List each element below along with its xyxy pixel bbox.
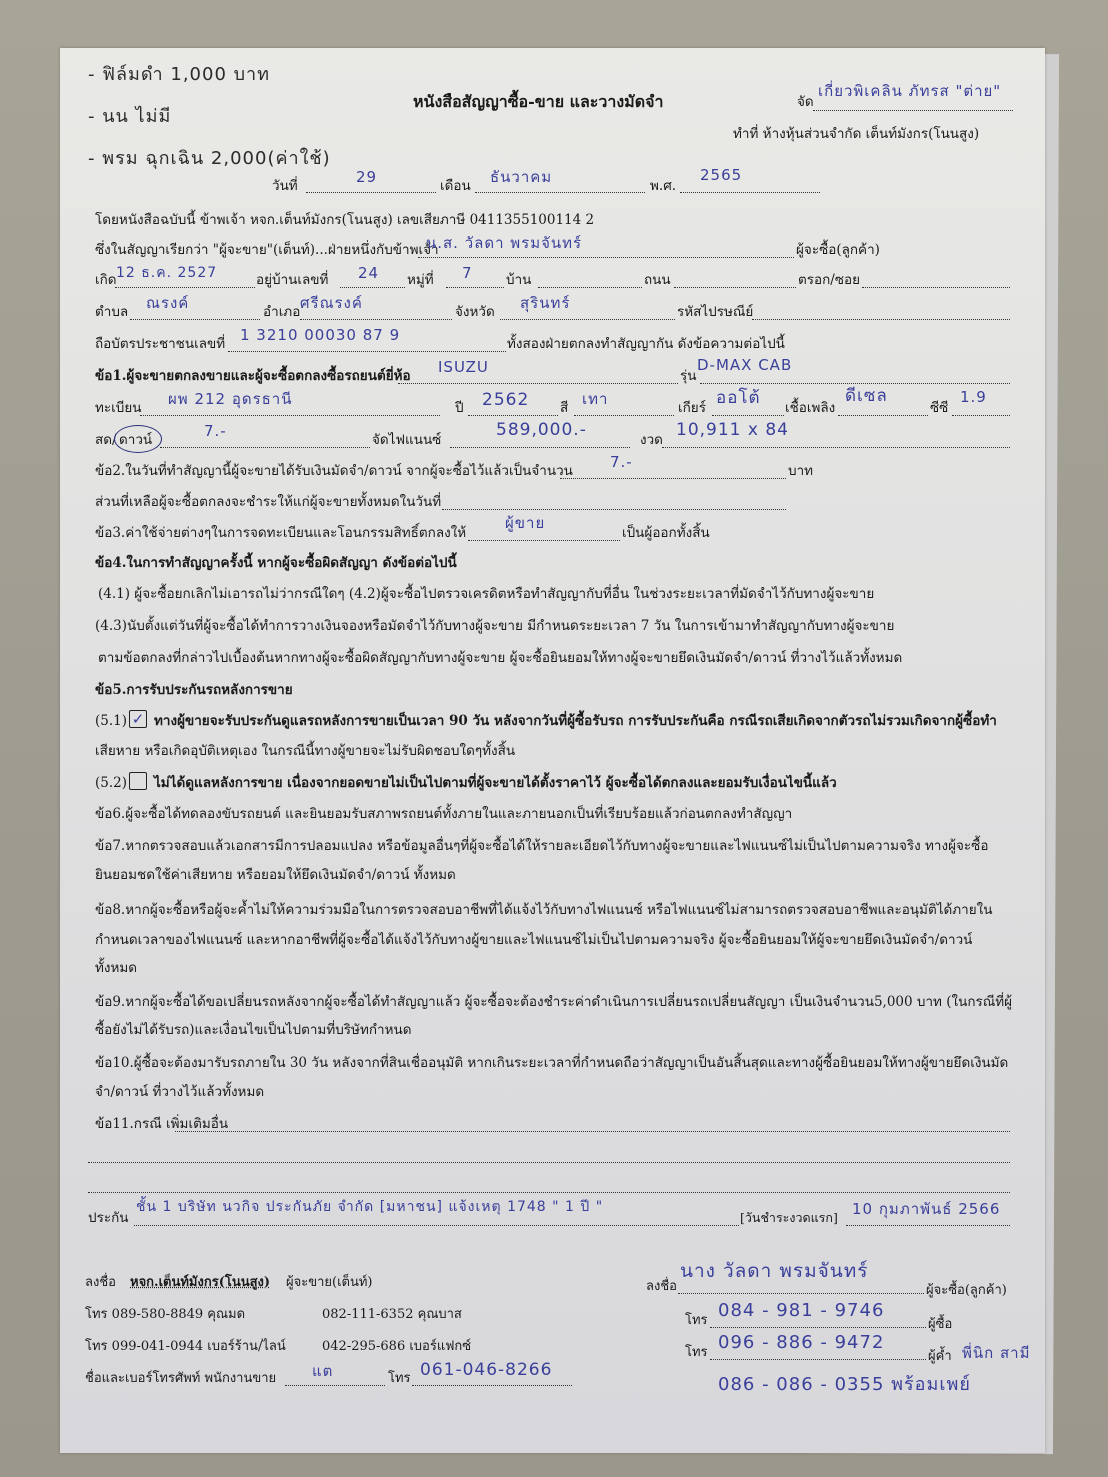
- postcode-label: รหัสไปรษณีย์: [677, 306, 753, 320]
- fuel-line: [838, 415, 928, 416]
- arranged-line: [813, 110, 1013, 111]
- clause3-text: ข้อ3.ค่าใช้จ่ายต่างๆในการจดทะเบียนและโอน…: [95, 527, 466, 541]
- id-label: ถือบัตรประชาชนเลขที่: [95, 338, 225, 352]
- clause2-value: 7.-: [610, 455, 633, 470]
- guarantor-phone: 096 - 886 - 9472: [718, 1334, 884, 1352]
- clause11-line-3: [88, 1192, 1010, 1193]
- extra-phone: 086 - 086 - 0355 พร้อมเพย์: [718, 1376, 971, 1394]
- down-line: [160, 447, 370, 448]
- clause5-1-label: (5.1): [95, 715, 127, 729]
- day-value: 29: [356, 170, 377, 185]
- month-line: [475, 192, 645, 193]
- guarantor-phone-line: [710, 1359, 926, 1360]
- vehicle-year-value: 2562: [482, 392, 529, 409]
- insurance-line: [134, 1225, 739, 1226]
- guarantor-phone-label: โทร: [685, 1346, 708, 1359]
- clause5-2-label: (5.2): [95, 777, 127, 791]
- province-value: สุรินทร์: [520, 296, 570, 311]
- subdistrict-value: ณรงค์: [146, 296, 189, 311]
- salesperson-name: แต: [312, 1364, 333, 1379]
- finance-line: [450, 447, 630, 448]
- salesperson-phone-line: [412, 1385, 572, 1386]
- clause9a: ข้อ9.หากผู้จะซื้อได้ขอเปลี่ยนรถหลังจากผู…: [95, 996, 1012, 1010]
- year-line: [680, 192, 820, 193]
- installment-line: [662, 447, 1010, 448]
- seller-role: ผู้จะขาย(เต็นท์): [286, 1276, 373, 1289]
- buyer-name-line: [418, 257, 794, 258]
- model-line: [700, 383, 1010, 384]
- district-label: อำเภอ: [263, 306, 300, 320]
- clause10b: จำ/ดาวน์ ที่วางไว้แล้วทั้งหมด: [95, 1086, 264, 1100]
- down-selected-circle: [114, 425, 162, 453]
- seller-phone-3: โทร 099-041-0944 เบอร์ร้าน/ไลน์: [85, 1340, 286, 1353]
- buyer-phone: 084 - 981 - 9746: [718, 1302, 884, 1320]
- province-label: จังหวัด: [455, 306, 495, 320]
- color-label: สี: [560, 402, 568, 416]
- installment-label: งวด: [640, 434, 663, 448]
- clause4-1: (4.1) ผู้จะซื้อยกเลิกไม่เอารถไม่ว่ากรณีใ…: [98, 588, 874, 602]
- seller-phone-1: โทร 089-580-8849 คุณมด: [85, 1308, 245, 1321]
- plate-label: ทะเบียน: [95, 402, 141, 416]
- postcode-line: [752, 319, 1010, 320]
- margin-note: - ฟิล์มดำ 1,000 บาท: [88, 66, 270, 84]
- margin-note: - นน ไม่มี: [88, 108, 171, 126]
- salesperson-phone: 061-046-8266: [420, 1362, 552, 1379]
- guarantor-phone-role: ผู้ค้ำ: [928, 1350, 952, 1363]
- down-value: 7.-: [204, 424, 227, 439]
- subdistrict-line: [130, 319, 260, 320]
- buyer-phone-line: [710, 1327, 926, 1328]
- province-line: [500, 319, 675, 320]
- alley-line: [862, 287, 1010, 288]
- arranged-value: เกี่ยวพิเคลิน ภัทรส "ต่าย": [818, 84, 1001, 99]
- district-value: ศรีณรงค์: [300, 296, 363, 311]
- document-title: หนังสือสัญญาซื้อ-ขาย และวางมัดจำ: [413, 94, 663, 110]
- insurance-label: ประกัน: [88, 1212, 128, 1226]
- buyer-sign-role: ผู้จะซื้อ(ลูกค้า): [926, 1284, 1007, 1297]
- road-label: ถนน: [644, 274, 671, 288]
- clause1-label: ข้อ1.ผู้จะขายตกลงขายและผู้จะซื้อตกลงซื้อ…: [95, 370, 411, 384]
- seller-phone-2: 082-111-6352 คุณบาส: [322, 1308, 462, 1321]
- village-label: บ้าน: [506, 274, 531, 288]
- clause11-label: ข้อ11.กรณี เพิ่มเติมอื่น: [95, 1118, 228, 1132]
- year-value: 2565: [700, 168, 742, 183]
- vehicle-year-label: ปี: [455, 402, 464, 416]
- vehicle-year-line: [468, 415, 558, 416]
- clause8b: กำหนดเวลาของไฟแนนซ์ และหากอาชีพที่ผู้จะซ…: [95, 934, 972, 948]
- brand-value: ISUZU: [438, 360, 489, 375]
- color-line: [574, 415, 674, 416]
- cc-line: [952, 415, 1010, 416]
- buyer-sign-label: ลงชื่อ: [646, 1280, 677, 1293]
- cc-label: ซีซี: [930, 402, 948, 416]
- clause3-suffix: เป็นผู้ออกทั้งสิ้น: [622, 527, 710, 541]
- no-warranty-checkbox[interactable]: [129, 772, 147, 790]
- house-no-label: อยู่บ้านเลขที่: [256, 274, 328, 288]
- birth-line: [115, 287, 255, 288]
- birth-value: 12 ธ.ค. 2527: [116, 266, 217, 280]
- road-line: [674, 287, 796, 288]
- arranged-label: จัด: [797, 96, 814, 110]
- warranty-90-days-checkbox[interactable]: ✓: [129, 710, 147, 728]
- clause10a: ข้อ10.ผู้ซื้อจะต้องมารับรถภายใน 30 วัน ห…: [95, 1057, 1008, 1071]
- checkmark-icon: ✓: [132, 710, 145, 728]
- day-label: วันที่: [272, 180, 298, 194]
- fuel-value: ดีเซล: [845, 388, 888, 405]
- village-line: [538, 287, 642, 288]
- clause8a: ข้อ8.หากผู้จะซื้อหรือผู้จะค้ำไม่ให้ความร…: [95, 904, 992, 918]
- finance-label: จัดไฟแนนซ์: [372, 434, 441, 448]
- clause2-line: [560, 478, 786, 479]
- gear-label: เกียร์: [678, 402, 706, 416]
- gear-value: ออโต้: [716, 390, 761, 407]
- clause11-line-2: [88, 1162, 1010, 1163]
- margin-note: - พรม ฉุกเฉิน 2,000(ค่าใช้): [88, 150, 331, 168]
- buyer-sign-line: [678, 1293, 924, 1294]
- salesperson-phone-label: โทร: [388, 1372, 411, 1385]
- clause2-unit: บาท: [788, 465, 813, 479]
- salesperson-name-line: [285, 1385, 385, 1386]
- clause5-title: ข้อ5.การรับประกันรถหลังการขาย: [95, 684, 293, 698]
- clause8c: ทั้งหมด: [95, 962, 137, 976]
- color-value: เทา: [582, 392, 608, 407]
- clause6: ข้อ6.ผู้จะซื้อได้ทดลองขับรถยนต์ และยินยอ…: [95, 808, 792, 822]
- cc-value: 1.9: [960, 390, 987, 405]
- birth-label: เกิด: [95, 274, 117, 288]
- insurance-value: ชั้น 1 บริษัท นวกิจ ประกันภัย จำกัด [มหา…: [136, 1200, 603, 1214]
- buyer-name: น.ส. วัลดา พรมจันทร์: [426, 236, 582, 251]
- id-line: [228, 351, 506, 352]
- day-line: [306, 192, 436, 193]
- salesperson-label: ชื่อและเบอร์โทรศัพท์ พนักงานขาย: [85, 1372, 276, 1385]
- clause2-remaining-line: [442, 509, 786, 510]
- finance-value: 589,000.-: [496, 422, 587, 439]
- buyer-phone-label: โทร: [685, 1314, 708, 1327]
- intro-text: โดยหนังสือฉบับนี้ ข้าพเจ้า หจก.เต็นท์มัง…: [95, 214, 594, 228]
- year-label: พ.ศ.: [650, 180, 676, 194]
- plate-line: [140, 415, 440, 416]
- model-label: รุ่น: [680, 370, 696, 384]
- first-payment-date: 10 กุมภาพันธ์ 2566: [852, 1202, 1000, 1217]
- clause4-3a: (4.3)นับตั้งแต่วันที่ผู้จะซื้อได้ทำการวา…: [95, 620, 894, 634]
- clause11-line-1: [175, 1131, 1010, 1132]
- plate-value: ผพ 212 อุดรธานี: [168, 392, 292, 407]
- made-at: ทำที่ ห้างหุ้นส่วนจำกัด เต็นท์มังกร(โนนส…: [733, 128, 979, 142]
- clause4-title: ข้อ4.ในการทำสัญญาครั้งนี้ หากผู้จะซื้อผิ…: [95, 557, 457, 571]
- clause9b: ซื้อยังไม่ได้รับรถ)และเงื่อนไขเป็นไปตามท…: [95, 1024, 412, 1038]
- buyer-signature: นาง วัลดา พรมจันทร์: [680, 1262, 868, 1281]
- house-no-line: [340, 287, 405, 288]
- moo-label: หมู่ที่: [407, 274, 434, 288]
- month-label: เดือน: [440, 180, 471, 194]
- clause5-1-text: ทางผู้ขายจะรับประกันดูแลรถหลังการขายเป็น…: [154, 715, 997, 729]
- gear-line: [712, 415, 784, 416]
- clause5-1-text2: เสียหาย หรือเกิดอุบัติเหตุเอง ในกรณีนี้ท…: [95, 745, 515, 759]
- clause2-remaining: ส่วนที่เหลือผู้จะซื้อตกลงจะชำระให้แก่ผู้…: [95, 496, 441, 510]
- clause3-line: [468, 540, 620, 541]
- clause7a: ข้อ7.หากตรวจสอบแล้วเอกสารมีการปลอมแปลง ห…: [95, 840, 988, 854]
- moo-value: 7: [462, 266, 473, 281]
- model-value: D-MAX CAB: [697, 358, 792, 373]
- seller-sign-label: ลงชื่อ: [85, 1276, 116, 1289]
- clause4-3b: ตามข้อตกลงที่กล่าวไปเบื้องต้นหากทางผู้จะ…: [98, 652, 902, 666]
- house-no-value: 24: [358, 266, 379, 281]
- alley-label: ตรอก/ซอย: [798, 274, 860, 288]
- buyer-phone-role: ผู้ซื้อ: [928, 1318, 952, 1331]
- clause3-value: ผู้ขาย: [505, 516, 545, 531]
- seller-name: หจก.เต็นท์มังกร(โนนสูง): [130, 1276, 270, 1289]
- seller-phone-4: 042-295-686 เบอร์แฟกซ์: [322, 1340, 471, 1353]
- fuel-label: เชื้อเพลิง: [785, 402, 835, 416]
- first-payment-label: [วันชำระงวดแรก]: [740, 1212, 838, 1225]
- month-value: ธันวาคม: [490, 170, 552, 185]
- clause7b: ยินยอมชดใช้ค่าเสียหาย หรือยอมให้ยึดเงินม…: [95, 869, 456, 883]
- moo-line: [446, 287, 504, 288]
- installment-value: 10,911 x 84: [676, 422, 789, 439]
- clause2-text: ข้อ2.ในวันที่ทำสัญญานี้ผู้จะขายได้รับเงิ…: [95, 465, 573, 479]
- id-number: 1 3210 00030 87 9: [240, 328, 400, 343]
- clause5-2-text: ไม่ได้ดูแลหลังการขาย เนื่องจากยอดขายไม่เ…: [154, 777, 837, 791]
- district-line: [300, 319, 452, 320]
- seller-line-label: ซึ่งในสัญญาเรียกว่า "ผู้จะขาย"(เต็นท์)..…: [95, 244, 439, 258]
- first-payment-line: [846, 1225, 1010, 1226]
- agree-text: ทั้งสองฝ่ายตกลงทำสัญญากัน ดังข้อความต่อไ…: [507, 338, 785, 352]
- buyer-label: ผู้จะซื้อ(ลูกค้า): [796, 244, 880, 258]
- guarantor-note: พี่นิก สามี: [962, 1346, 1030, 1361]
- brand-line: [398, 383, 678, 384]
- subdistrict-label: ตำบล: [95, 306, 128, 320]
